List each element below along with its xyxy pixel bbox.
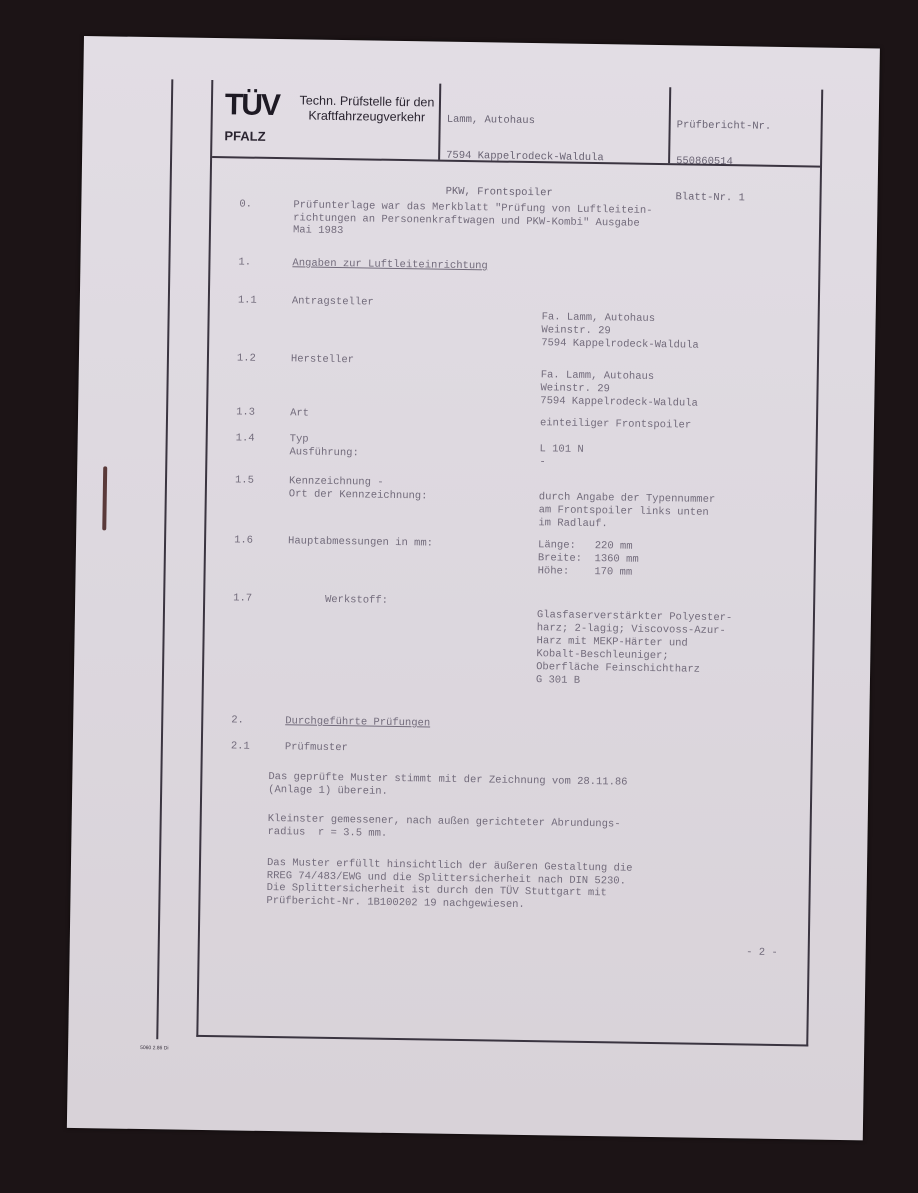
item-label: Typ [290, 433, 309, 446]
item-value: Weinstr. 29 [540, 382, 610, 396]
item-label: Hauptabmessungen in mm: [288, 535, 433, 550]
item-label: Antragsteller [292, 295, 374, 309]
item-number: 1.3 [236, 406, 255, 419]
section-number: 1. [238, 256, 251, 269]
item-value: im Radlauf. [538, 517, 608, 531]
item-label: Werkstoff: [287, 593, 388, 607]
page-continuation-marker: - 2 - [746, 947, 778, 960]
item-number: 1.6 [234, 534, 253, 547]
item-value: Breite: 1360 mm [538, 552, 639, 566]
item-value: einteiliger Frontspoiler [540, 417, 691, 432]
section-text: Mai 1983 [293, 224, 344, 237]
margin-rule [156, 79, 173, 1039]
item-value: Fa. Lamm, Autohaus [541, 369, 655, 383]
item-value: Weinstr. 29 [541, 324, 611, 338]
paragraph-text: Prüfbericht-Nr. 1B100202 19 nachgewiesen… [266, 894, 525, 911]
report-body: 0.Prüfunterlage war das Merkblatt "Prüfu… [198, 156, 820, 1044]
item-label: Hersteller [291, 353, 354, 366]
item-value: Fa. Lamm, Autohaus [542, 311, 656, 325]
tuv-logo: TÜV [225, 88, 280, 123]
item-label: Ausführung: [289, 446, 359, 460]
item-value: L 101 N [539, 443, 583, 456]
item-value: Höhe: 170 mm [538, 565, 633, 579]
item-number: 1.4 [236, 432, 255, 445]
tuv-region: PFALZ [224, 128, 265, 144]
report-frame: TÜV PFALZ Techn. Prüfstelle für den Kraf… [196, 80, 823, 1046]
item-number: 1.1 [238, 294, 257, 307]
report-label: Prüfbericht-Nr. [677, 119, 821, 133]
applicant-address: Lamm, Autohaus 7594 Kappelrodeck-Waldula… [440, 84, 671, 164]
item-number: 1.7 [233, 592, 252, 605]
form-code: 5060 2.86 Di [140, 1045, 168, 1051]
item-number: 1.5 [235, 474, 254, 487]
section-heading: Durchgeführte Prüfungen [285, 715, 430, 730]
tuv-logo-block: TÜV PFALZ Techn. Prüfstelle für den Kraf… [212, 80, 441, 160]
letterhead: TÜV PFALZ Techn. Prüfstelle für den Kraf… [212, 80, 821, 168]
address-line: Lamm, Autohaus [447, 114, 669, 129]
paragraph-text: radius r = 3.5 mm. [267, 825, 387, 839]
document-page: TÜV PFALZ Techn. Prüfstelle für den Kraf… [67, 36, 880, 1140]
institution-name: Techn. Prüfstelle für den Kraftfahrzeugv… [297, 93, 437, 125]
paragraph-text: (Anlage 1) überein. [268, 783, 388, 797]
item-value: 7594 Kappelrodeck-Waldula [540, 395, 698, 410]
section-number: 0. [239, 198, 252, 211]
item-number: 2.1 [231, 740, 250, 753]
item-label: Art [290, 407, 309, 420]
report-number-block: Prüfbericht-Nr. 550860514 Blatt-Nr. 1 [670, 87, 821, 165]
item-value: - [539, 456, 546, 469]
item-value: Länge: 220 mm [538, 539, 633, 553]
item-value: G 301 B [536, 674, 580, 687]
staple-mark [102, 466, 107, 530]
item-label: Prüfmuster [285, 741, 348, 754]
item-label: Ort der Kennzeichnung: [289, 488, 428, 503]
section-heading: Angaben zur Luftleiteinrichtung [292, 257, 488, 273]
item-number: 1.2 [237, 352, 256, 365]
item-value: 7594 Kappelrodeck-Waldula [541, 337, 699, 352]
section-number: 2. [231, 714, 244, 727]
